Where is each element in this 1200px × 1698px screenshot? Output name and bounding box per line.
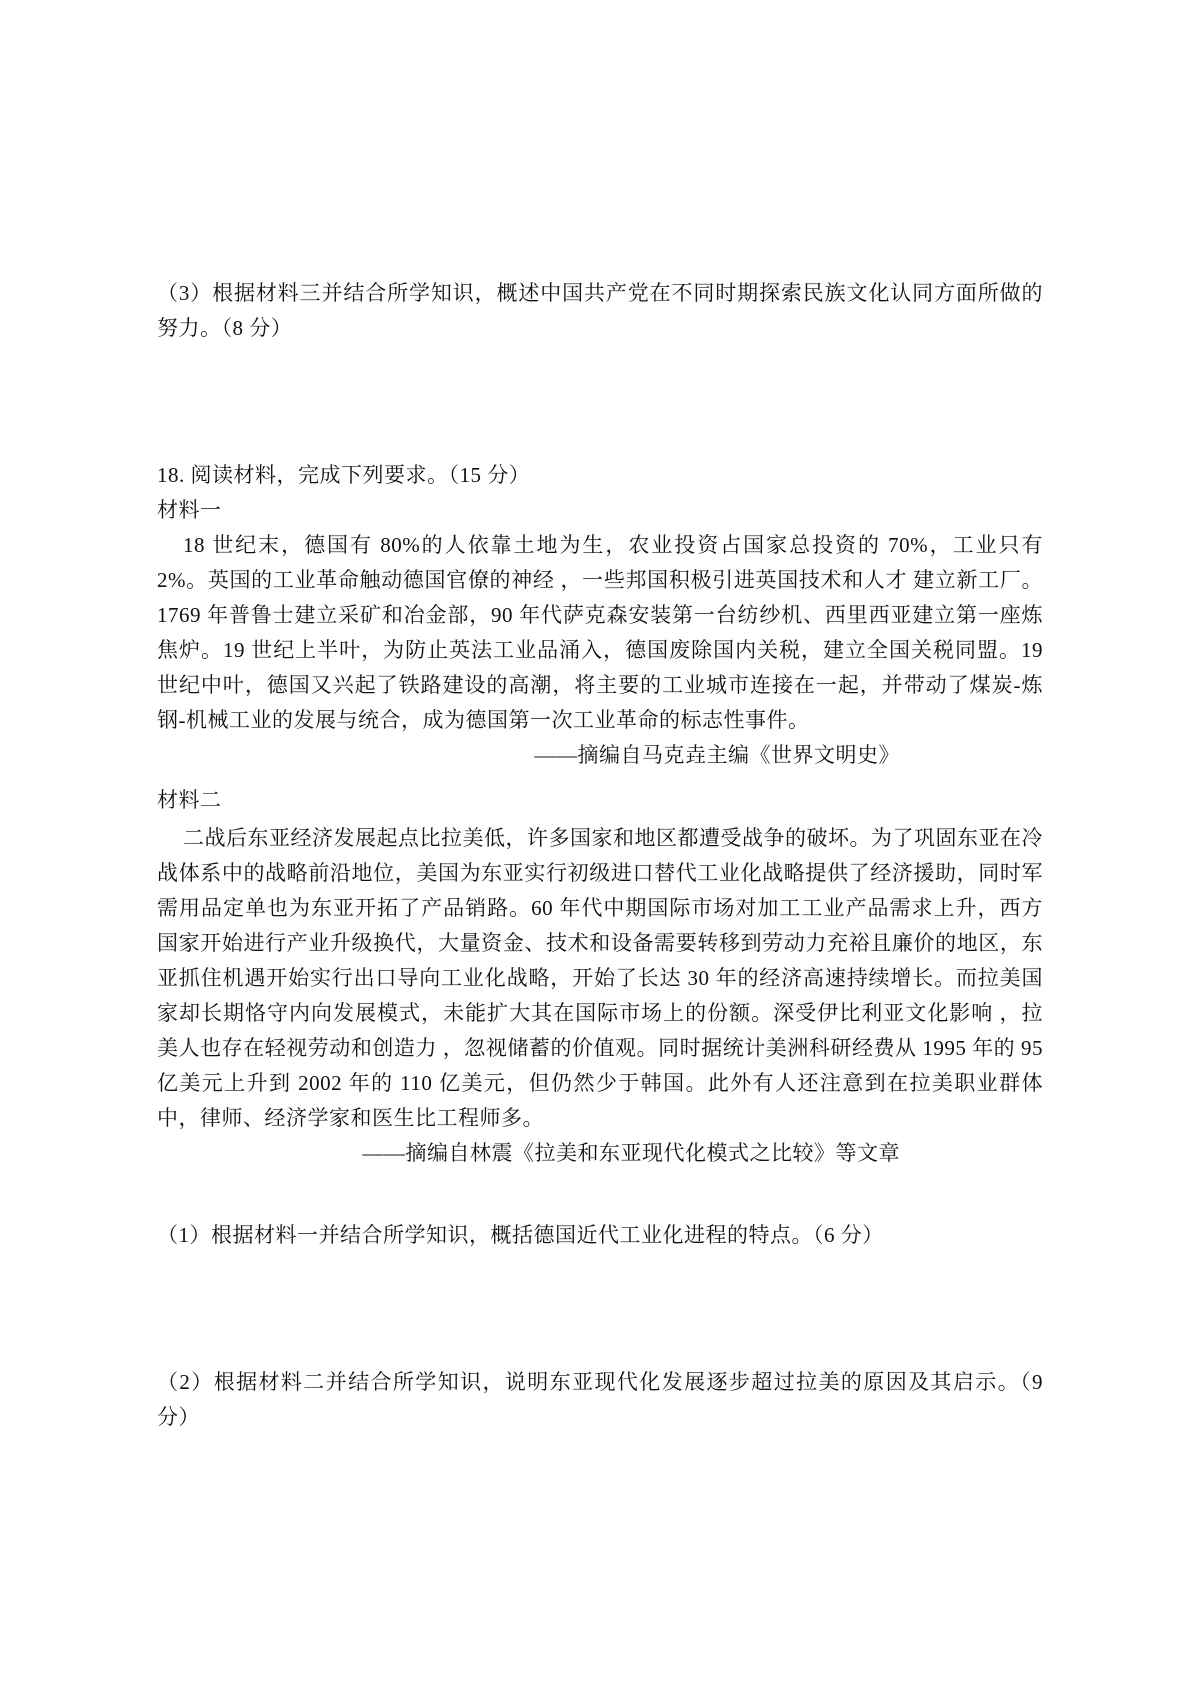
material-1-source: ——摘编自马克垚主编《世界文明史》 <box>157 738 1043 773</box>
material-2-label: 材料二 <box>157 783 1043 818</box>
sub-question-1-text: （1）根据材料一并结合所学知识，概括德国近代工业化进程的特点。（6 分） <box>157 1218 1043 1253</box>
question-18-heading: 18. 阅读材料，完成下列要求。（15 分） <box>157 458 1043 493</box>
material-2-body: 二战后东亚经济发展起点比拉美低，许多国家和地区都遭受战争的破坏。为了巩固东亚在冷… <box>157 821 1043 1136</box>
material-1-body: 18 世纪末，德国有 80%的人依靠土地为生，农业投资占国家总投资的 70%，工… <box>157 528 1043 738</box>
document-page: （3）根据材料三并结合所学知识，概述中国共产党在不同时期探索民族文化认同方面所做… <box>0 0 1200 1698</box>
material-1-label: 材料一 <box>157 493 1043 528</box>
question-3-text: （3）根据材料三并结合所学知识，概述中国共产党在不同时期探索民族文化认同方面所做… <box>157 276 1043 346</box>
sub-question-2-text: （2）根据材料二并结合所学知识，说明东亚现代化发展逐步超过拉美的原因及其启示。（… <box>157 1365 1043 1435</box>
material-2-source: ——摘编自林震《拉美和东亚现代化模式之比较》等文章 <box>157 1136 1043 1171</box>
